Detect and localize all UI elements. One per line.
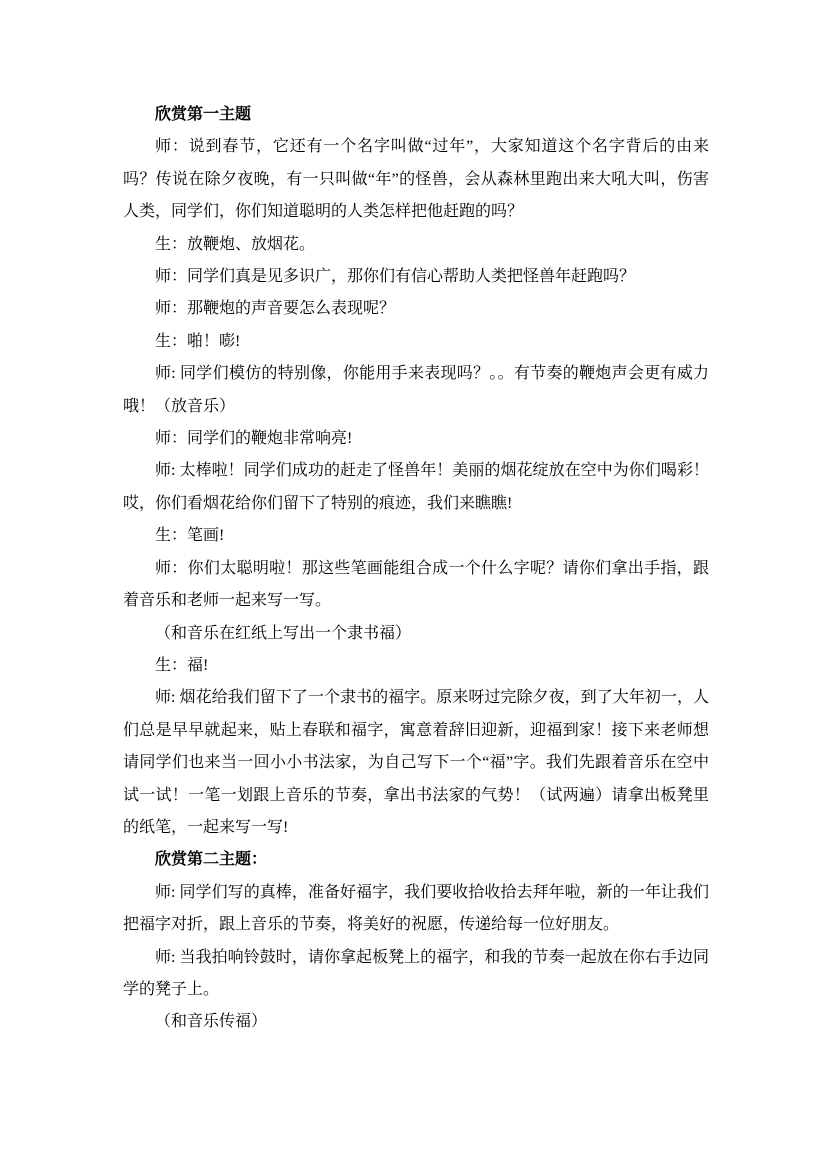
paragraph: 师：那鞭炮的声音要怎么表现呢？ <box>123 293 709 325</box>
paragraph: 师: 同学们写的真棒，准备好福字，我们要收拾收拾去拜年啦，新的一年让我们把福字对… <box>123 877 709 942</box>
paragraph: 生：放鞭炮、放烟花。 <box>123 229 709 261</box>
paragraph: 生：啪！嘭! <box>123 326 709 358</box>
paragraph: 师: 烟花给我们留下了一个隶书的福字。原来呀过完除夕夜，到了大年初一，人们总是早… <box>123 682 709 844</box>
document-page: 欣赏第一主题师：说到春节，它还有一个名字叫做“过年”，大家知道这个名字背后的由来… <box>0 0 827 1170</box>
section-heading: 欣赏第一主题 <box>123 99 709 131</box>
paragraph: （和音乐在红纸上写出一个隶书福） <box>123 618 709 650</box>
paragraph: 师：同学们真是见多识广，那你们有信心帮助人类把怪兽年赶跑吗？ <box>123 261 709 293</box>
paragraph: 师: 同学们模仿的特别像，你能用手来表现吗？。。有节奏的鞭炮声会更有威力哦！（放… <box>123 358 709 423</box>
paragraph: 师: 当我拍响铃鼓时，请你拿起板凳上的福字，和我的节奏一起放在你右手边同学的凳子… <box>123 942 709 1007</box>
paragraph: 师：同学们的鞭炮非常响亮! <box>123 423 709 455</box>
section-heading: 欣赏第二主题： <box>123 844 709 876</box>
paragraph: 师：说到春节，它还有一个名字叫做“过年”，大家知道这个名字背后的由来吗？传说在除… <box>123 131 709 228</box>
paragraph: 生：福! <box>123 650 709 682</box>
paragraph: （和音乐传福） <box>123 1006 709 1038</box>
paragraph: 师：你们太聪明啦！那这些笔画能组合成一个什么字呢？请你们拿出手指，跟着音乐和老师… <box>123 553 709 618</box>
document-content: 欣赏第一主题师：说到春节，它还有一个名字叫做“过年”，大家知道这个名字背后的由来… <box>123 99 709 1039</box>
paragraph: 师: 太棒啦！同学们成功的赶走了怪兽年！美丽的烟花绽放在空中为你们喝彩！哎，你们… <box>123 455 709 520</box>
paragraph: 生：笔画! <box>123 520 709 552</box>
